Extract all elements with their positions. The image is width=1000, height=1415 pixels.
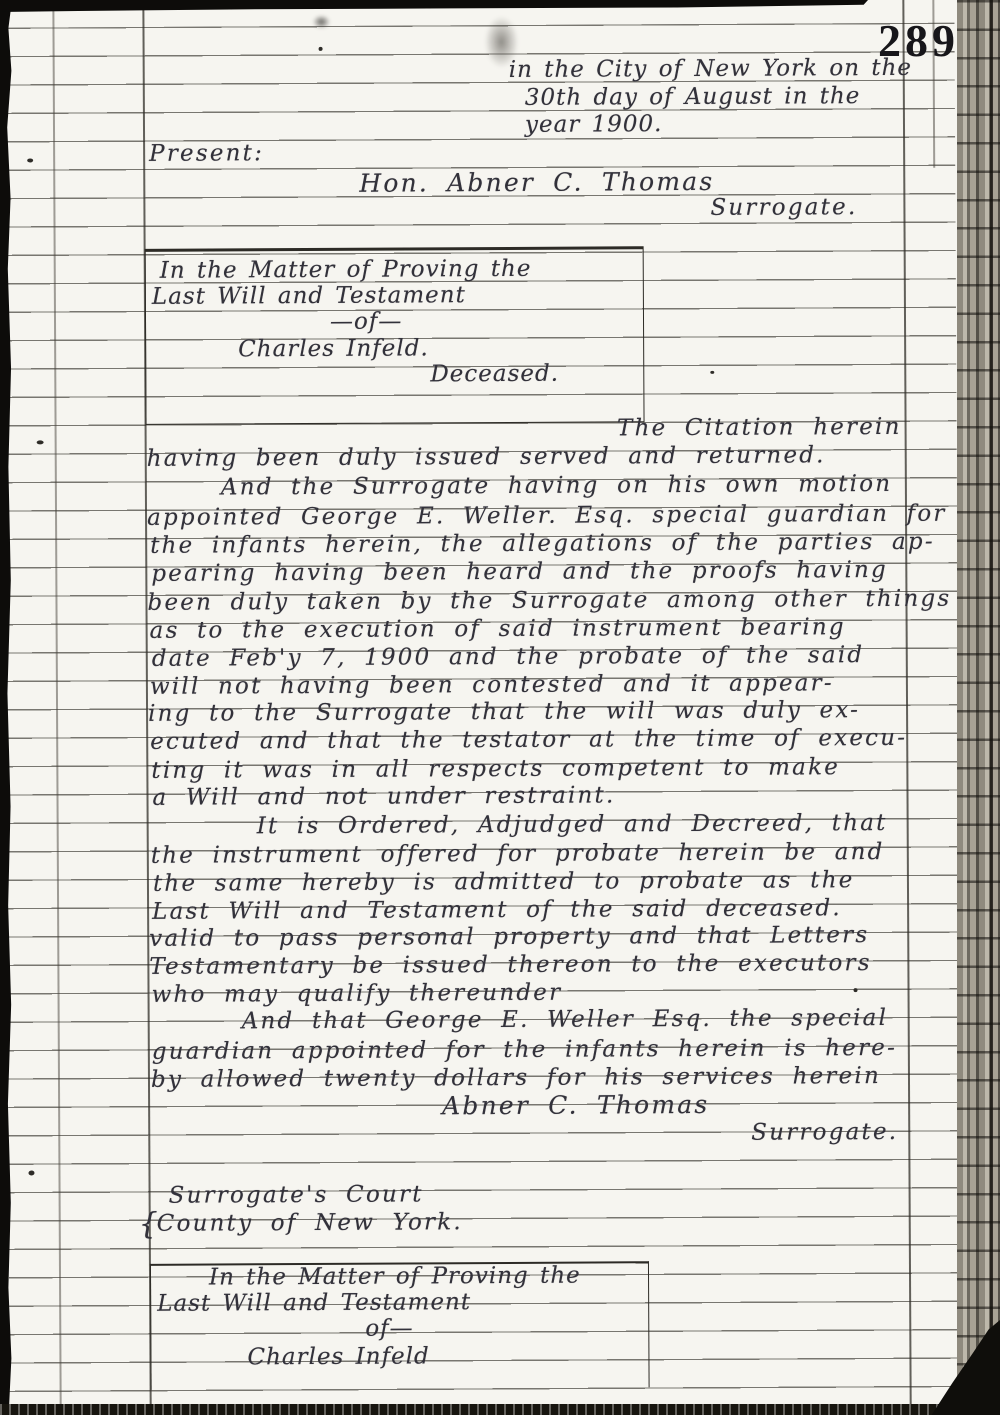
handwritten-line: will not having been contested and it ap… bbox=[150, 670, 834, 700]
county-name: County of New York. bbox=[157, 1209, 463, 1237]
caption-line: Charles Infeld bbox=[247, 1343, 429, 1370]
handwritten-line: a Will and not under restraint. bbox=[152, 782, 615, 810]
ink-speck bbox=[28, 1170, 34, 1175]
ink-speck bbox=[27, 158, 33, 162]
ink-smudge bbox=[484, 16, 518, 68]
ink-speck bbox=[319, 47, 323, 51]
handwritten-line: the instrument offered for probate herei… bbox=[151, 839, 885, 869]
handwritten-line: year 1900. bbox=[525, 111, 663, 138]
scan-edge-bottom bbox=[0, 1404, 1000, 1415]
handwritten-line: by allowed twenty dollars for his servic… bbox=[151, 1063, 881, 1093]
caption-line: In the Matter of Proving the bbox=[160, 256, 532, 284]
handwritten-line: And that George E. Weller Esq. the speci… bbox=[242, 1005, 889, 1034]
ink-speck bbox=[37, 440, 44, 444]
handwritten-line: the same hereby is admitted to probate a… bbox=[153, 867, 855, 897]
handwritten-line: as to the execution of said instrument b… bbox=[150, 614, 846, 644]
handwritten-line: Last Will and Testament of the said dece… bbox=[152, 895, 842, 925]
handwritten-line: ing to the Surrogate that the will was d… bbox=[148, 697, 860, 727]
ink-speck bbox=[854, 988, 858, 992]
handwritten-line: appointed George E. Weller. Esq. special… bbox=[147, 501, 947, 531]
handwritten-line: ting it was in all respects competent to… bbox=[151, 754, 840, 784]
handwritten-line: The Citation herein bbox=[617, 414, 902, 441]
handwritten-line: ecuted and that the testator at the time… bbox=[150, 725, 907, 755]
handwritten-line: Testamentary be issued thereon to the ex… bbox=[149, 950, 871, 980]
scanned-ledger-page: in the City of New York on the 30th day … bbox=[0, 0, 1000, 1415]
ink-smudge bbox=[312, 15, 330, 29]
judge-title: Surrogate. bbox=[710, 194, 857, 221]
present-label: Present: bbox=[149, 140, 264, 167]
judge-name: Hon. Abner C. Thomas bbox=[359, 167, 714, 198]
court-name: Surrogate's Court bbox=[169, 1181, 424, 1208]
signature-name: Abner C. Thomas bbox=[442, 1090, 709, 1120]
handwritten-line: 30th day of August in the bbox=[525, 83, 861, 111]
caption-line: Deceased. bbox=[430, 361, 559, 388]
handwritten-line: been duly taken by the Surrogate among o… bbox=[147, 586, 951, 616]
handwritten-line: valid to pass personal property and that… bbox=[149, 922, 869, 952]
signature-title: Surrogate. bbox=[751, 1119, 898, 1146]
handwritten-line: having been duly issued served and retur… bbox=[147, 442, 826, 472]
ink-speck bbox=[710, 371, 714, 374]
caption-line: —of— bbox=[330, 309, 403, 335]
handwritten-line: the infants herein, the allegations of t… bbox=[150, 529, 935, 559]
handwritten-line: in the City of New York on the bbox=[509, 55, 912, 83]
caption-line: Last Will and Testament bbox=[157, 1289, 471, 1317]
binding-edge bbox=[957, 0, 1000, 1415]
caption-line: Charles Infeld. bbox=[238, 335, 429, 362]
handwritten-line: who may qualify thereunder bbox=[151, 980, 562, 1008]
caption-line: of— bbox=[365, 1315, 414, 1341]
handwritten-line: pearing having been heard and the proofs… bbox=[151, 557, 888, 587]
handwritten-line: date Feb'y 7, 1900 and the probate of th… bbox=[152, 642, 865, 672]
caption-line: In the Matter of Proving the bbox=[209, 1263, 581, 1291]
caption-line: Last Will and Testament bbox=[152, 282, 466, 310]
handwritten-line: guardian appointed for the infants herei… bbox=[152, 1035, 897, 1065]
handwritten-line: It is Ordered, Adjudged and Decreed, tha… bbox=[257, 810, 888, 839]
handwritten-line: And the Surrogate having on his own moti… bbox=[221, 471, 893, 501]
paper-sheet: in the City of New York on the 30th day … bbox=[0, 0, 1000, 1415]
